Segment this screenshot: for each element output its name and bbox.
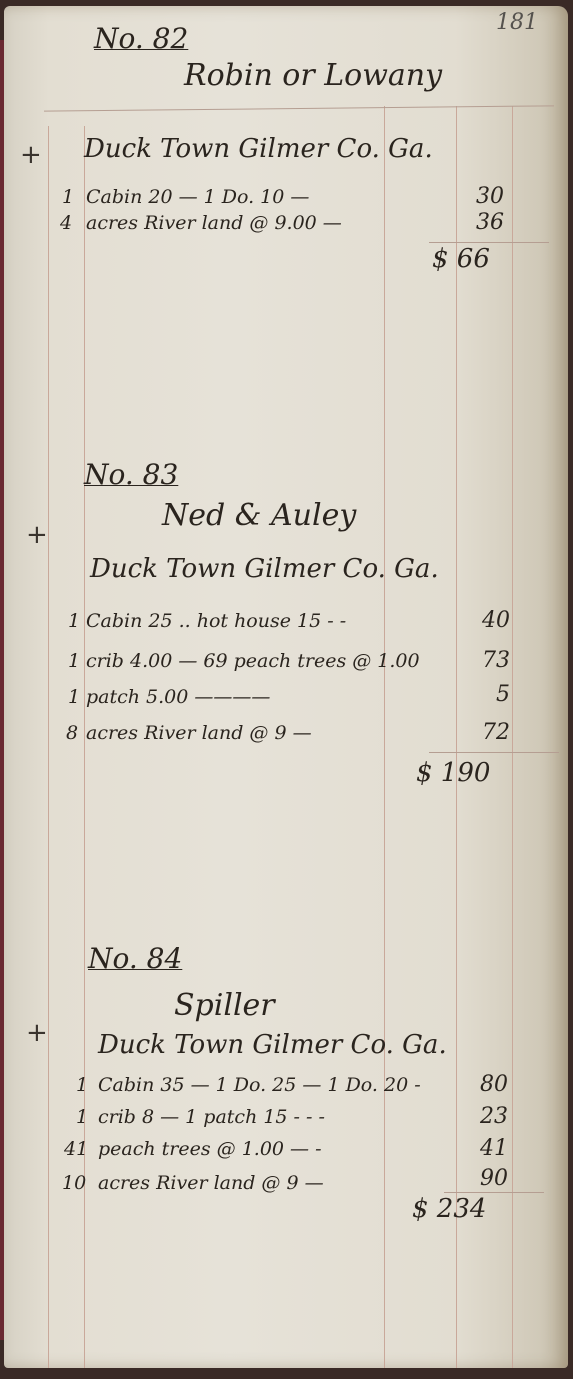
page-number: 181: [496, 10, 538, 35]
item-desc: acres River land @ 9 —: [86, 722, 312, 744]
sum-line: [429, 752, 559, 753]
item-desc: acres River land @ 9.00 —: [86, 212, 342, 234]
entry-name: Ned & Auley: [162, 498, 356, 533]
item-amount: 41: [448, 1136, 508, 1161]
item-amount: 72: [450, 720, 510, 745]
item-qty: 8: [66, 722, 78, 744]
entry-number: No. 82: [94, 22, 188, 55]
item-desc: patch 5.00 ————: [86, 686, 270, 708]
margin-mark: +: [26, 1018, 48, 1048]
item-desc: peach trees @ 1.00 — -: [98, 1138, 322, 1160]
item-amount: 36: [444, 210, 504, 235]
item-amount: 23: [448, 1104, 508, 1129]
item-amount: 73: [450, 648, 510, 673]
item-amount: 80: [448, 1072, 508, 1097]
item-amount: 30: [444, 184, 504, 209]
entry-total: $ 234: [412, 1194, 486, 1224]
entry-location: Duck Town Gilmer Co. Ga.: [98, 1030, 447, 1060]
entry-name: Robin or Lowany: [184, 58, 442, 93]
subtotal-column-rule: [384, 106, 385, 1368]
item-amount: 90: [448, 1166, 508, 1191]
item-qty: 1: [68, 686, 80, 708]
item-desc: Cabin 25 .. hot house 15 - -: [86, 610, 346, 632]
entry-total: $ 190: [416, 758, 490, 788]
ledger-page: 181 No. 82 Robin or Lowany + Duck Town G…: [4, 6, 568, 1368]
header-rule: [44, 105, 554, 111]
item-qty: 1: [76, 1074, 88, 1096]
right-column-rule: [512, 106, 513, 1368]
item-qty: 1: [62, 186, 74, 208]
sum-line: [429, 242, 549, 243]
margin-mark: +: [26, 520, 48, 550]
item-qty: 1: [68, 650, 80, 672]
entry-location: Duck Town Gilmer Co. Ga.: [84, 134, 433, 164]
item-qty: 1: [76, 1106, 88, 1128]
entry-total: $ 66: [432, 244, 490, 274]
entry-name: Spiller: [174, 988, 275, 1023]
item-amount: 5: [450, 682, 510, 707]
entry-location: Duck Town Gilmer Co. Ga.: [90, 554, 439, 584]
item-qty: 1: [68, 610, 80, 632]
margin-rule: [48, 126, 49, 1368]
item-qty: 4: [60, 212, 72, 234]
item-desc: acres River land @ 9 —: [98, 1172, 324, 1194]
item-desc: Cabin 20 — 1 Do. 10 —: [86, 186, 309, 208]
margin-mark: +: [20, 140, 42, 170]
item-amount: 40: [450, 608, 510, 633]
entry-number: No. 83: [84, 458, 178, 491]
item-desc: Cabin 35 — 1 Do. 25 — 1 Do. 20 -: [98, 1074, 421, 1096]
entry-number: No. 84: [88, 942, 182, 975]
item-qty: 10: [62, 1172, 86, 1194]
item-qty: 41: [64, 1138, 88, 1160]
sum-line: [444, 1192, 544, 1193]
item-desc: crib 8 — 1 patch 15 - - -: [98, 1106, 325, 1128]
item-desc: crib 4.00 — 69 peach trees @ 1.00: [86, 650, 420, 672]
